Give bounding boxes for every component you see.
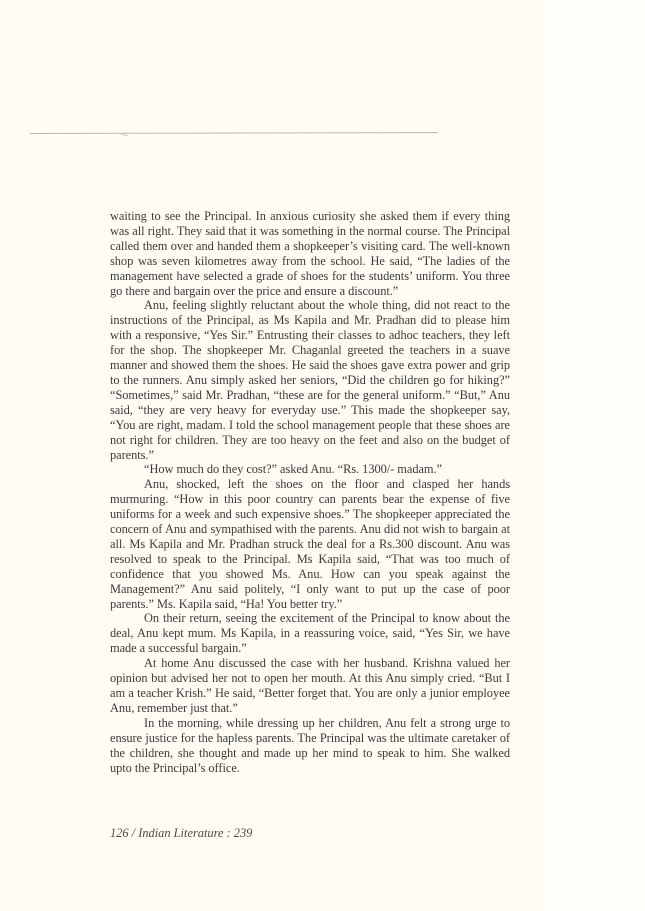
paragraph: At home Anu discussed the case with her … xyxy=(110,656,510,716)
paragraph: In the morning, while dressing up her ch… xyxy=(110,716,510,776)
paragraph: “How much do they cost?” asked Anu. “Rs.… xyxy=(110,462,510,477)
body-text: waiting to see the Principal. In anxious… xyxy=(110,209,510,775)
page-footer: 126 / Indian Literature : 239 xyxy=(110,826,252,841)
paragraph: On their return, seeing the excitement o… xyxy=(110,611,510,656)
paragraph: Anu, shocked, left the shoes on the floo… xyxy=(110,477,510,611)
paragraph: waiting to see the Principal. In anxious… xyxy=(110,209,510,298)
paragraph: Anu, feeling slightly reluctant about th… xyxy=(110,298,510,462)
